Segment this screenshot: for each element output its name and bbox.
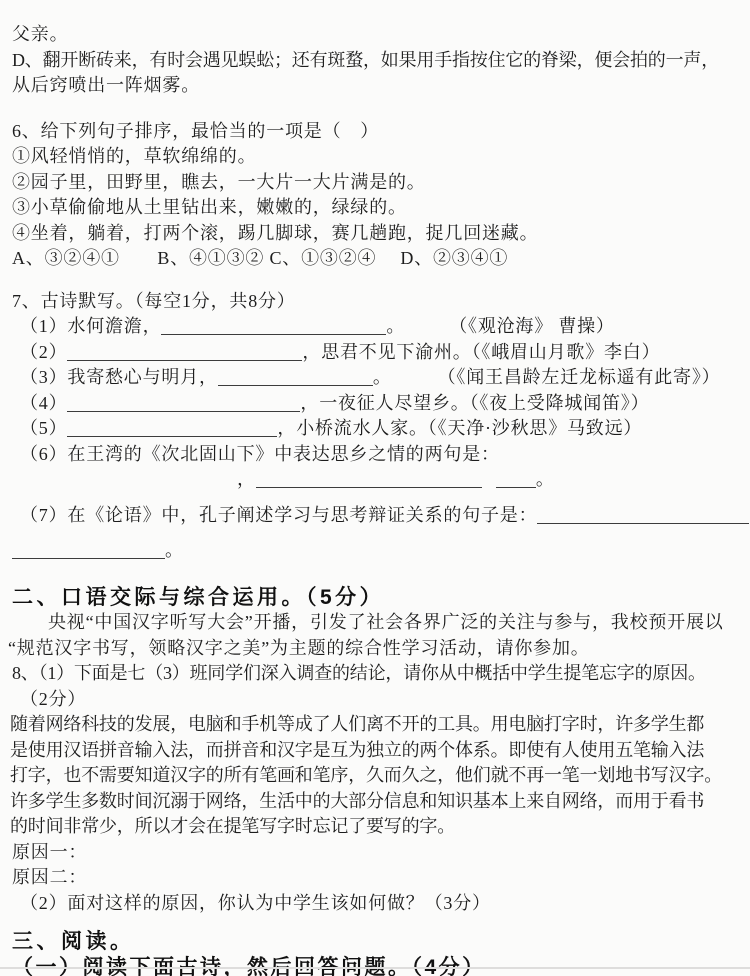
page-bottom-edge	[0, 967, 750, 969]
answer-blank	[496, 470, 536, 488]
section-2: 二、口语交际与综合运用。（5分） 央视“中国汉字听写大会”开播，引发了社会各界广…	[12, 585, 742, 917]
question-6: 6、给下列句子排序，最恰当的一项是（ ） ①风轻悄悄的，草软绵绵的。 ②园子里，…	[12, 119, 742, 272]
q8-passage-line-5: 的时间非常少，所以才会在提笔写字时忘记了要写的字。	[10, 814, 742, 840]
answer-blank	[537, 506, 749, 524]
q6-sentence-4: ④坐着，躺着，打两个滚，踢几脚球，赛几趟跑，捉几回迷藏。	[12, 221, 742, 247]
section-3-sub-heading: （一）阅读下面古诗，然后回答问题。（4分）	[12, 955, 742, 976]
answer-blank	[256, 470, 482, 488]
q7-item-3-period: 。	[373, 367, 392, 387]
spacer	[12, 484, 237, 485]
q6-sentence-1: ①风轻悄悄的，草软绵绵的。	[12, 144, 742, 170]
spacer	[482, 484, 496, 485]
q7-item-5-label: （5）	[20, 418, 67, 438]
q6-sentence-2: ②园子里，田野里，瞧去，一大片一大片满是的。	[12, 170, 742, 196]
q8-passage-line-3: 打字，也不需要知道汉字的所有笔画和笔序，久而久之，他们就不再一笔一划地书写汉字。	[10, 763, 742, 789]
intro-line-1: 父亲。	[12, 22, 742, 48]
q7-item-3-source: （《闻王昌龄左迁龙标遥有此寄》）	[438, 367, 721, 387]
q6-sentence-3: ③小草偷偷地从土里钻出来，嫩嫩的，绿绿的。	[12, 195, 742, 221]
q7-item-3: （3）我寄愁心与明月，。（《闻王昌龄左迁龙标遥有此寄》）	[12, 365, 742, 391]
q8-passage-line-1: 随着网络科技的发展，电脑和手机等成了人们离不开的工具。用电脑打字时，许多学生都	[10, 712, 742, 738]
q6-options: A、③②④① B、④①③② C、①③②④ D、②③④①	[12, 246, 742, 272]
q7-item-1-period: 。	[386, 316, 405, 336]
q7-item-6-comma: ，	[237, 469, 256, 489]
section-2-heading: 二、口语交际与综合运用。（5分）	[12, 585, 742, 611]
q7-item-4-text: ，一夜征人尽望乡。（《夜上受降城闻笛》）	[300, 393, 649, 413]
q7-item-6-period: 。	[536, 469, 555, 489]
q8-passage-line-2: 是使用汉语拼音输入法，而拼音和汉字是互为独立的两个体系。即使有人使用五笔输入法	[10, 738, 742, 764]
question-8-title: 8、（1）下面是七（3）班同学们深入调查的结论，请你从中概括中学生提笔忘字的原因…	[12, 661, 742, 687]
q7-item-1-text: （1）水何澹澹，	[20, 316, 161, 336]
q8-part-2: （2）面对这样的原因，你认为中学生该如何做？（3分）	[12, 891, 742, 917]
spacer	[392, 382, 438, 383]
q7-item-1: （1）水何澹澹，。（《观沧海》 曹操）	[12, 314, 742, 340]
section-2-para-line-1: 央视“中国汉字听写大会”开播，引发了社会各界广泛的关注与参与，我校预开展以	[12, 610, 742, 636]
section-2-para-line-2: “规范汉字书写，领略汉字之美”为主题的综合性学习活动，请你参加。	[8, 636, 742, 662]
q8-reason-1: 原因一：	[12, 840, 742, 866]
q7-item-3-text: （3）我寄愁心与明月，	[20, 367, 218, 387]
q7-item-7: （7）在《论语》中，孔子阐述学习与思考辩证关系的句子是：，	[12, 503, 742, 529]
q7-item-6-title: （6）在王湾的《次北固山下》中表达思乡之情的两句是：	[12, 442, 742, 468]
question-7-title: 7、古诗默写。（每空1分，共8分）	[12, 289, 742, 315]
exam-paper-page: 父亲。 D、翻开断砖来，有时会遇见蜈蚣；还有斑蝥，如果用手指按住它的脊梁，便会拍…	[0, 0, 750, 976]
intro-line-3: 从后窍喷出一阵烟雾。	[12, 73, 742, 99]
section-3-heading: 三、阅读。	[12, 929, 742, 955]
q7-item-4-label: （4）	[20, 393, 67, 413]
q7-item-5-text: ，小桥流水人家。（《天净·沙秋思》马致远）	[277, 418, 642, 438]
q7-item-2-text: ，思君不见下渝州。（《峨眉山月歌》李白）	[302, 342, 660, 362]
q7-item-7-text: （7）在《论语》中，孔子阐述学习与思考辩证关系的句子是：	[20, 505, 537, 525]
q7-item-2: （2），思君不见下渝州。（《峨眉山月歌》李白）	[12, 340, 742, 366]
q7-item-4: （4），一夜征人尽望乡。（《夜上受降城闻笛》）	[12, 391, 742, 417]
q7-item-6-answer-line: ，。	[12, 467, 742, 493]
q7-item-7-period: 。	[165, 540, 184, 560]
answer-blank	[67, 343, 302, 361]
q7-item-7-continuation: 。	[12, 538, 742, 564]
q7-item-2-label: （2）	[20, 342, 67, 362]
q8-passage-line-4: 许多学生多数时间沉溺于网络，生活中的大部分信息和知识基本上来自网络，而用于看书	[10, 789, 742, 815]
answer-blank	[161, 317, 386, 335]
question-7: 7、古诗默写。（每空1分，共8分） （1）水何澹澹，。（《观沧海》 曹操） （2…	[12, 289, 742, 564]
answer-blank	[67, 394, 300, 412]
q8-reason-2: 原因二：	[12, 865, 742, 891]
q7-item-5: （5），小桥流水人家。（《天净·沙秋思》马致远）	[12, 416, 742, 442]
answer-blank	[67, 419, 277, 437]
answer-blank	[12, 541, 165, 559]
question-6-title: 6、给下列句子排序，最恰当的一项是（ ）	[12, 119, 742, 145]
q7-item-1-source: （《观沧海》 曹操）	[449, 316, 615, 336]
question-8-points: （2分）	[12, 687, 742, 713]
spacer	[405, 331, 449, 332]
answer-blank	[218, 368, 373, 386]
option-d-line: D、翻开断砖来，有时会遇见蜈蚣；还有斑蝥，如果用手指按住它的脊梁，便会拍的一声，	[12, 48, 742, 74]
